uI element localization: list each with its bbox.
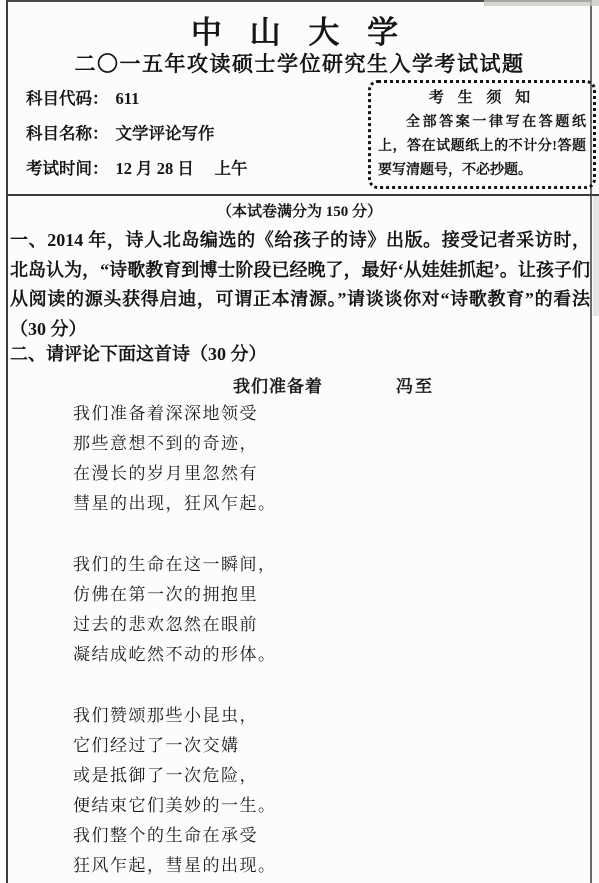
exam-paper-scan: { "colors": { "ink": "#151515", "paper":… xyxy=(0,0,599,883)
subject-code-label: 科目代码： xyxy=(26,89,109,108)
poem-author: 冯至 xyxy=(396,372,434,397)
scan-artifact xyxy=(484,0,599,6)
question-1-text: 一、2014 年，诗人北岛编选的《给孩子的诗》出版。接受记者采访时，北岛认为，“… xyxy=(10,226,590,344)
header-divider-line xyxy=(6,194,599,196)
subject-name-label: 科目名称： xyxy=(26,124,109,143)
poem-line: 或是抵御了一次危险， xyxy=(73,761,277,791)
poem-line: 我们赞颂那些小昆虫， xyxy=(73,701,277,731)
exam-time-field: 考试时间：12 月 28 日 上午 xyxy=(26,157,248,192)
notice-body-text: 全部答案一律写在答题纸上，答在试题纸上的不计分!答题要写清题号，不必抄题。 xyxy=(378,111,586,183)
poem-line: 彗星的出现，狂风乍起。 xyxy=(73,489,277,519)
subject-name-value: 文学评论写作 xyxy=(116,124,215,143)
subject-code-field: 科目代码：611 xyxy=(26,87,248,122)
poem-line: 我们整个的生命在承受 xyxy=(73,821,277,851)
poem-line: 仿佛在第一次的拥抱里 xyxy=(73,580,277,610)
poem-line: 凝结成屹然不动的形体。 xyxy=(73,640,277,670)
poem-line: 便结束它们美妙的一生。 xyxy=(73,791,277,821)
notice-title: 考 生 须 知 xyxy=(378,87,586,110)
poem-stanza-1: 我们准备着深深地领受 那些意想不到的奇迹， 在漫长的岁月里忽然有 彗星的出现，狂… xyxy=(73,399,277,519)
exam-info-fields: 科目代码：611 科目名称：文学评论写作 考试时间：12 月 28 日 上午 xyxy=(26,87,248,192)
poem-line: 我们准备着深深地领受 xyxy=(73,399,277,429)
poem-line: 过去的悲欢忽然在眼前 xyxy=(73,610,277,640)
subject-code-value: 611 xyxy=(116,89,140,108)
poem-stanza-2: 我们的生命在这一瞬间， 仿佛在第一次的拥抱里 过去的悲欢忽然在眼前 凝结成屹然不… xyxy=(73,550,277,670)
poem-line: 那些意想不到的奇迹， xyxy=(73,429,277,459)
poem-line: 它们经过了一次交媾 xyxy=(73,731,277,761)
subject-name-field: 科目名称：文学评论写作 xyxy=(26,122,248,157)
total-score-note: （本试卷满分为 150 分） xyxy=(0,200,599,221)
poem-line: 在漫长的岁月里忽然有 xyxy=(73,459,277,489)
poem-stanza-3: 我们赞颂那些小昆虫， 它们经过了一次交媾 或是抵御了一次危险， 便结束它们美妙的… xyxy=(73,701,277,881)
exam-time-value: 12 月 28 日 上午 xyxy=(116,159,248,178)
poem-line: 狂风乍起，彗星的出现。 xyxy=(73,851,277,881)
exam-time-label: 考试时间： xyxy=(26,159,109,178)
exam-subtitle: 二〇一五年攻读硕士学位研究生入学考试试题 xyxy=(0,48,599,78)
poem-title: 我们准备着 xyxy=(233,372,323,397)
poem-line: 我们的生命在这一瞬间， xyxy=(73,550,277,580)
question-2-text: 二、请评论下面这首诗（30 分） xyxy=(10,340,267,366)
university-title: 中 山 大 学 xyxy=(0,7,599,52)
candidate-notice-box: 考 生 须 知 全部答案一律写在答题纸上，答在试题纸上的不计分!答题要写清题号，… xyxy=(368,80,596,189)
